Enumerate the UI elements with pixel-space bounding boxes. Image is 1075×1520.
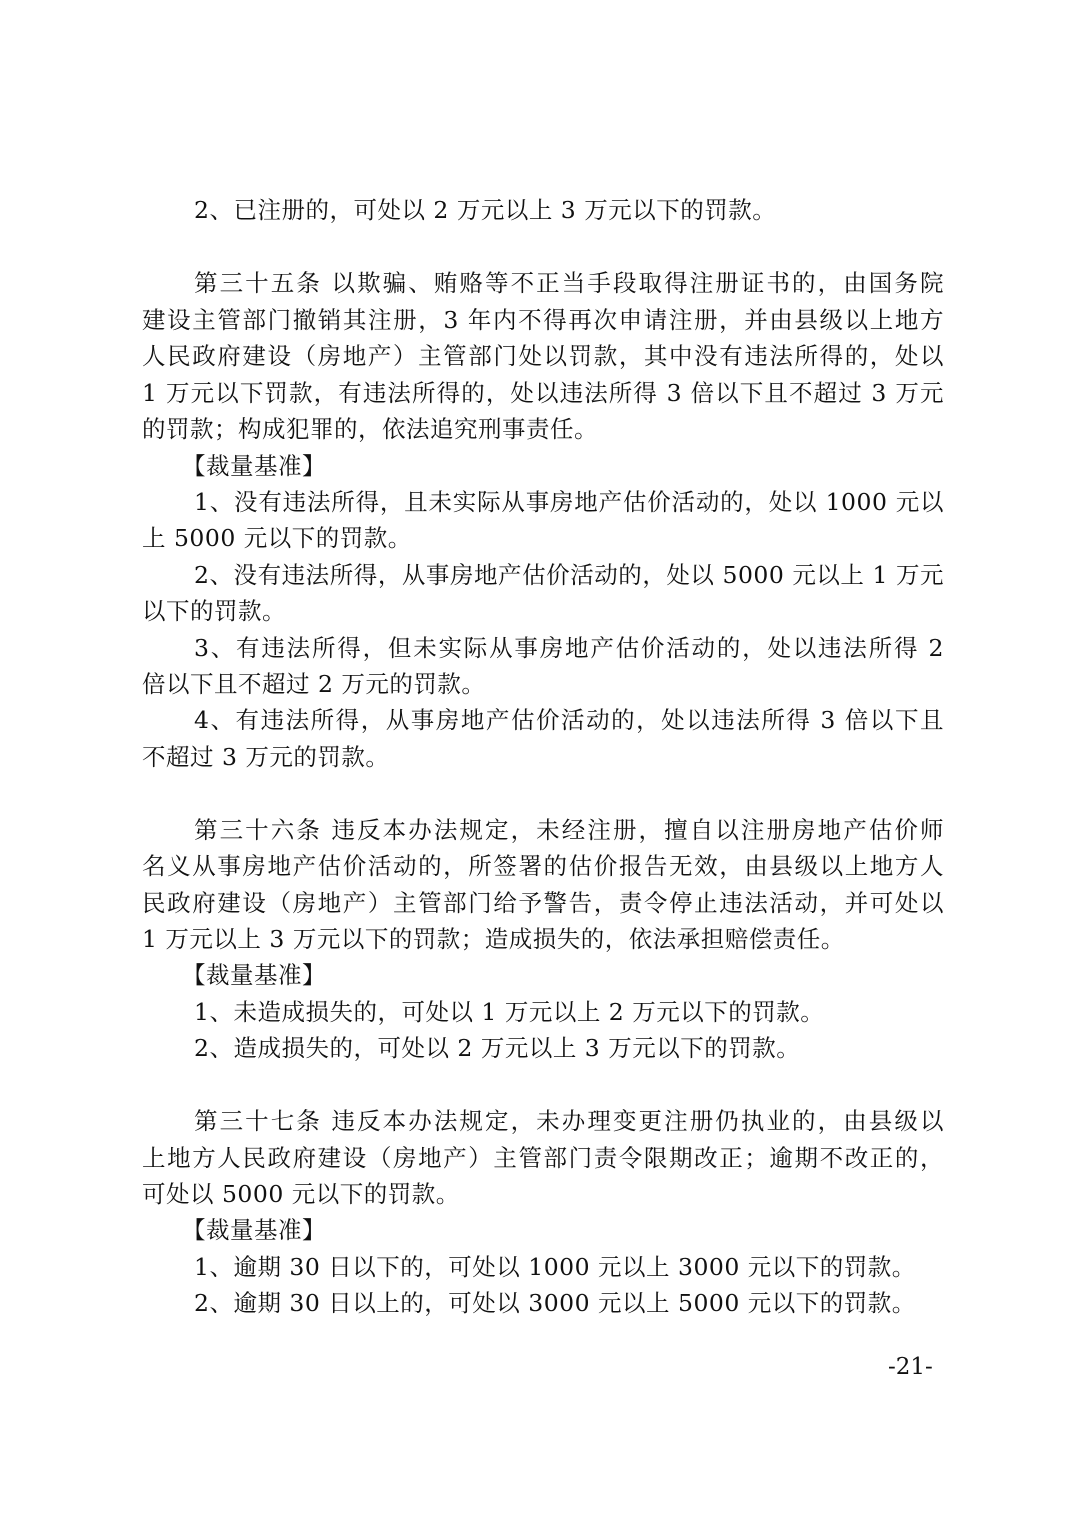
page-number: -21-: [888, 1352, 933, 1382]
standard-item-4-line-1: 4、有违法所得，从事房地产估价活动的，处以违法所得 3 倍以下且: [194, 705, 944, 735]
article-37-line-1: 第三十七条 违反本办法规定，未办理变更注册仍执业的，由县级以: [194, 1106, 944, 1136]
standard-item-2-line-1: 2、没有违法所得，从事房地产估价活动的，处以 5000 元以上 1 万元: [194, 560, 944, 590]
article-35-line-4: 1 万元以下罚款，有违法所得的，处以违法所得 3 倍以下且不超过 3 万元: [142, 378, 944, 408]
article-36-line-4: 1 万元以上 3 万元以下的罚款；造成损失的，依法承担赔偿责任。: [142, 924, 944, 954]
standard-item-2-line-2: 以下的罚款。: [142, 596, 944, 626]
article-36-line-2: 名义从事房地产估价活动的，所签署的估价报告无效，由县级以上地方人: [142, 851, 944, 881]
article-35-line-3: 人民政府建设（房地产）主管部门处以罚款，其中没有违法所得的，处以: [142, 341, 944, 371]
standard-item-2: 2、造成损失的，可处以 2 万元以上 3 万元以下的罚款。: [194, 1033, 944, 1063]
article-35-line-1: 第三十五条 以欺骗、贿赂等不正当手段取得注册证书的，由国务院: [194, 268, 944, 298]
article-35-line-2: 建设主管部门撤销其注册，3 年内不得再次申请注册，并由县级以上地方: [142, 305, 944, 335]
standard-item-1-line-2: 上 5000 元以下的罚款。: [142, 523, 944, 553]
document-page: 2、已注册的，可处以 2 万元以上 3 万元以下的罚款。 第三十五条 以欺骗、贿…: [0, 0, 1075, 1520]
standard-item-4-line-2: 不超过 3 万元的罚款。: [142, 742, 944, 772]
article-36-line-3: 民政府建设（房地产）主管部门给予警告，责令停止违法活动，并可处以: [142, 888, 944, 918]
standard-item-1: 1、逾期 30 日以下的，可处以 1000 元以上 3000 元以下的罚款。: [194, 1252, 944, 1282]
standard-item-2: 2、逾期 30 日以上的，可处以 3000 元以上 5000 元以下的罚款。: [194, 1288, 944, 1318]
standard-item-3-line-2: 倍以下且不超过 2 万元的罚款。: [142, 669, 944, 699]
discretion-standard-label: 【裁量基准】: [182, 960, 984, 990]
standard-item-1-line-1: 1、没有违法所得，且未实际从事房地产估价活动的，处以 1000 元以: [194, 487, 944, 517]
carryover-item: 2、已注册的，可处以 2 万元以上 3 万元以下的罚款。: [194, 195, 944, 225]
discretion-standard-label: 【裁量基准】: [182, 451, 984, 481]
article-37-line-3: 可处以 5000 元以下的罚款。: [142, 1179, 944, 1209]
standard-item-3-line-1: 3、有违法所得，但未实际从事房地产估价活动的，处以违法所得 2: [194, 633, 944, 663]
discretion-standard-label: 【裁量基准】: [182, 1215, 984, 1245]
standard-item-1: 1、未造成损失的，可处以 1 万元以上 2 万元以下的罚款。: [194, 997, 944, 1027]
article-35-line-5: 的罚款；构成犯罪的，依法追究刑事责任。: [142, 414, 944, 444]
article-37-line-2: 上地方人民政府建设（房地产）主管部门责令限期改正；逾期不改正的，: [142, 1143, 944, 1173]
article-36-line-1: 第三十六条 违反本办法规定，未经注册，擅自以注册房地产估价师: [194, 815, 944, 845]
